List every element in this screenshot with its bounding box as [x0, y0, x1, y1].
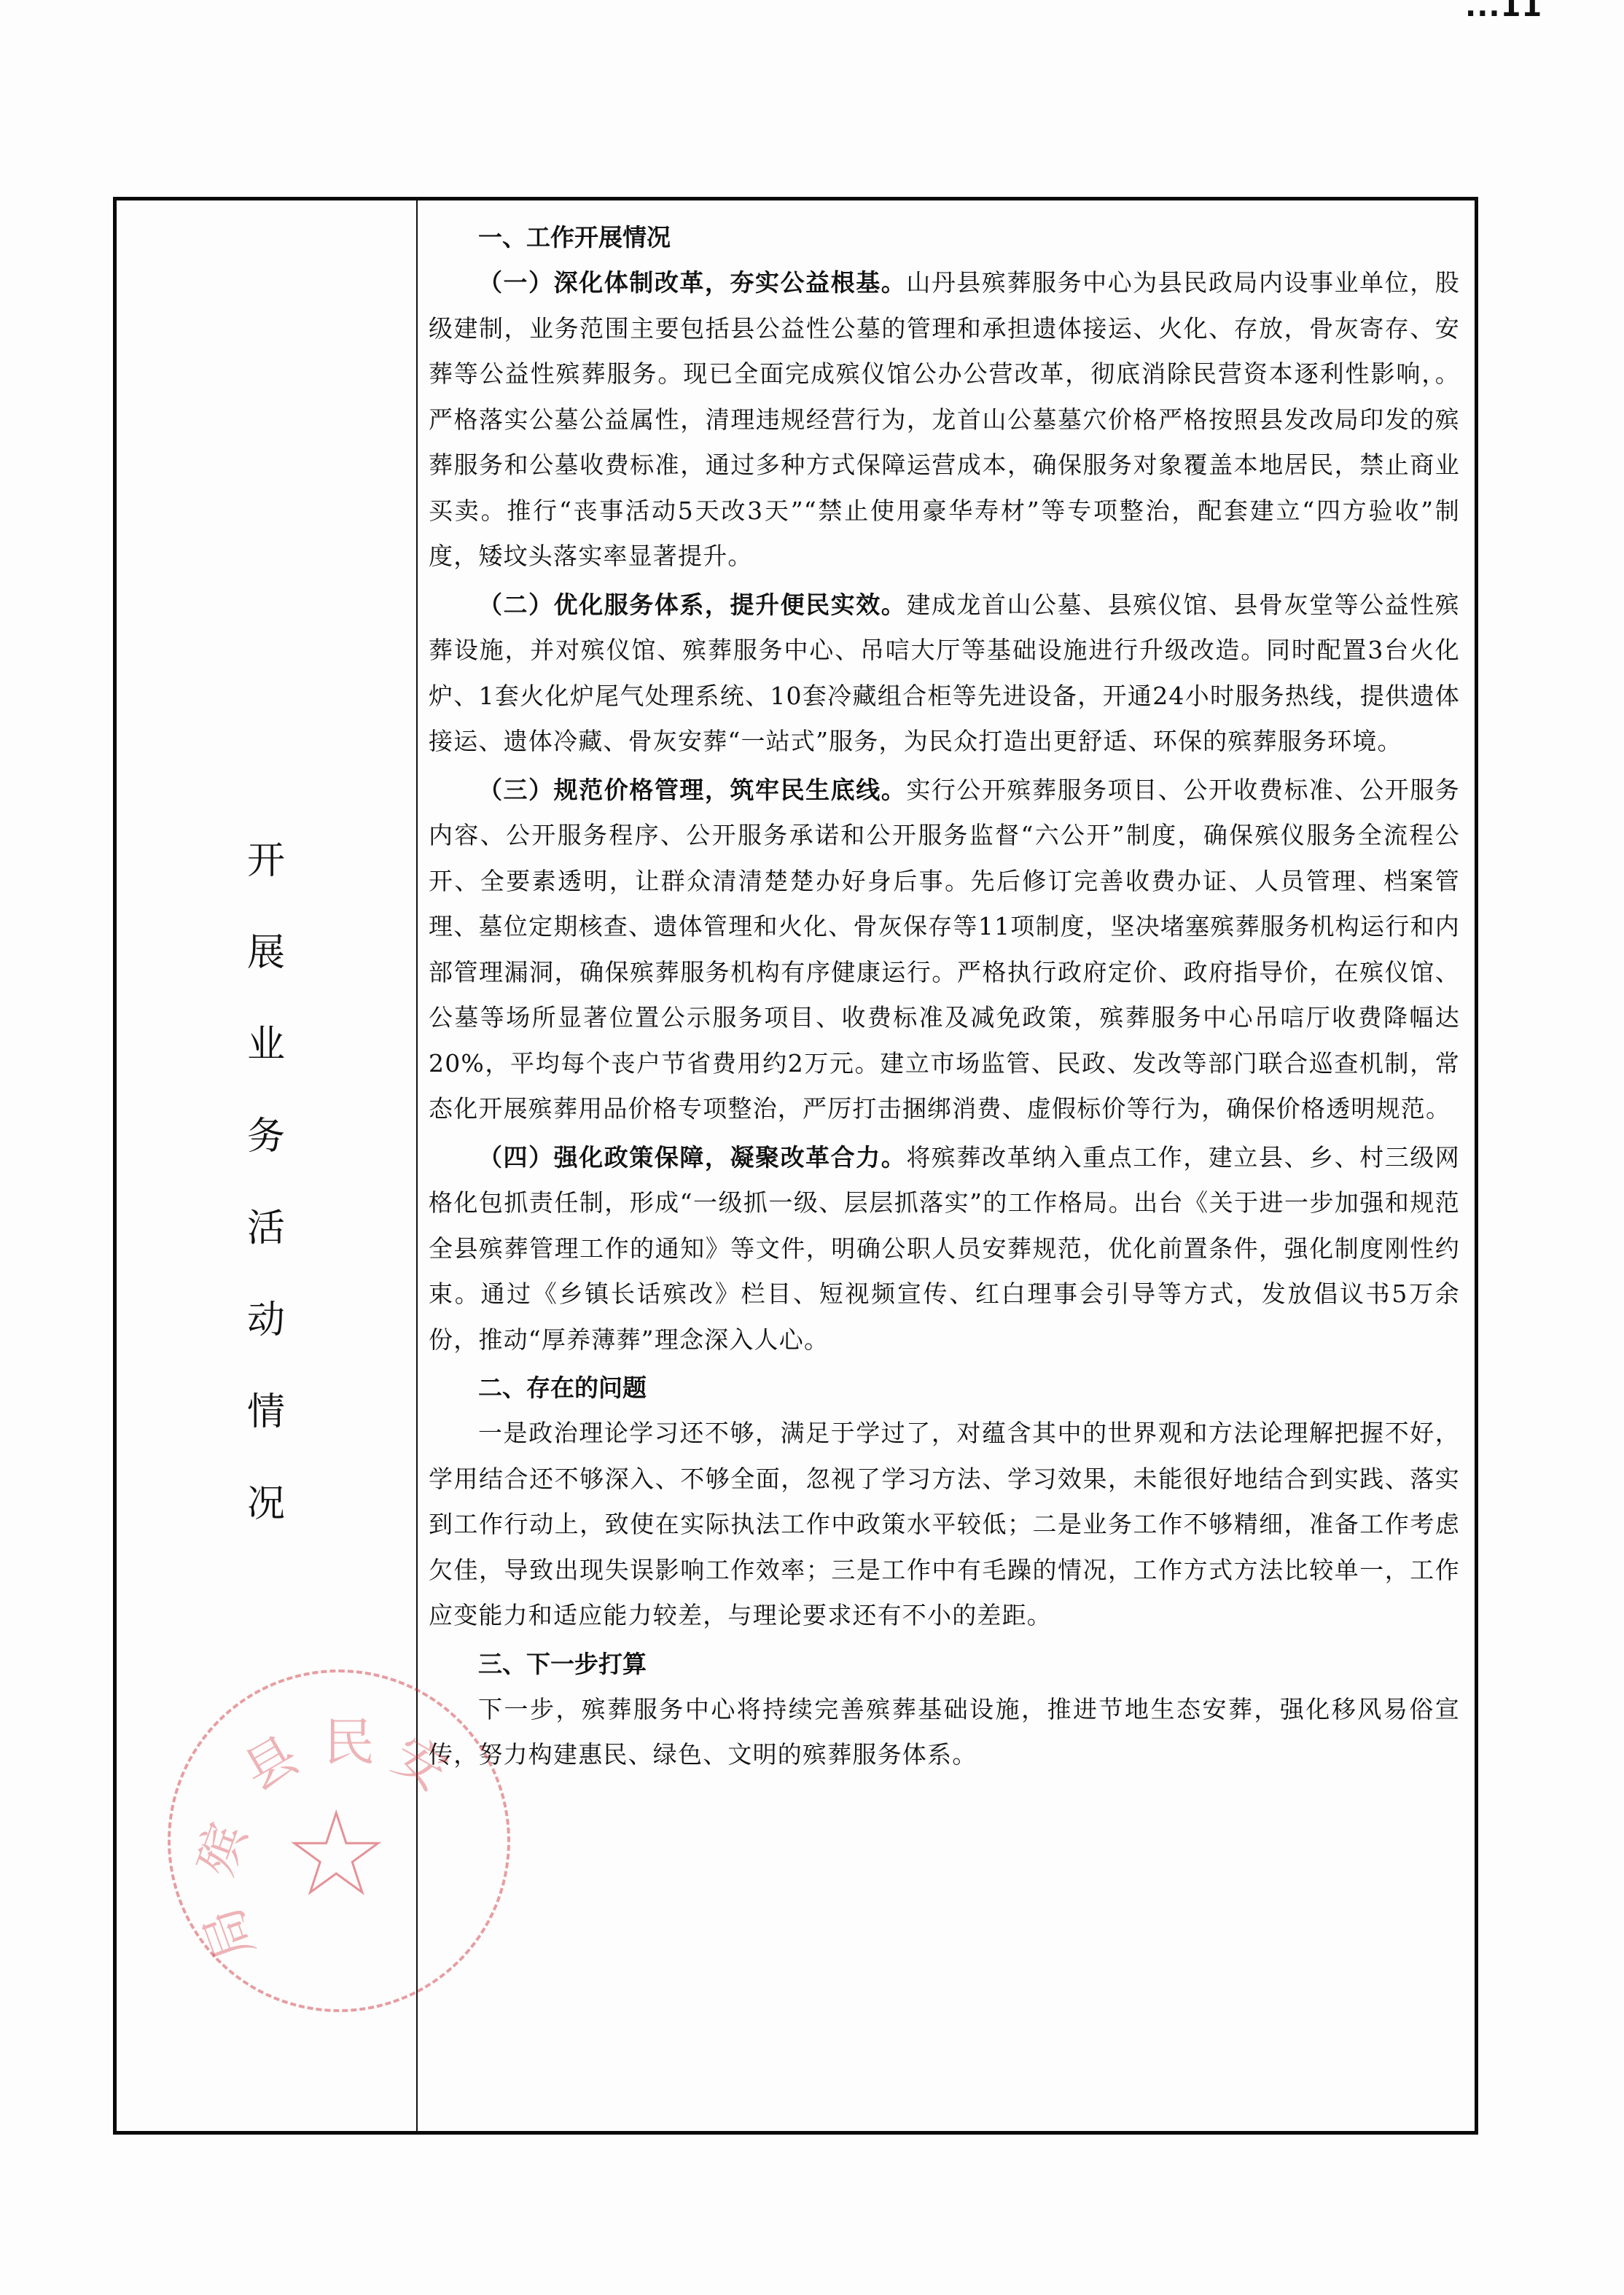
paragraph-service: （二）优化服务体系，提升便民实效。建成龙首山公墓、县殡仪馆、县骨灰堂等公益性殡葬…: [429, 582, 1460, 765]
form-table: 开 展 业 务 活 动 情 况 一、工作开展情况 （一）深化体制改革，夯实公益根…: [113, 197, 1478, 2135]
paragraph-reform: （一）深化体制改革，夯实公益根基。山丹县殡葬服务中心为县民政局内设事业单位，股级…: [429, 260, 1460, 580]
row-label-char: 况: [247, 1485, 285, 1523]
section-heading-problems: 二、存在的问题: [429, 1365, 1460, 1411]
paragraph-next-steps: 下一步，殡葬服务中心将持续完善殡葬基础设施，推进节地生态安葬，强化移风易俗宣传，…: [429, 1687, 1460, 1778]
paragraph-policy: （四）强化政策保障，凝聚改革合力。将殡葬改革纳入重点工作，建立县、乡、村三级网格…: [429, 1135, 1460, 1363]
row-label-char: 务: [247, 1118, 285, 1156]
row-label-vertical: 开 展 业 务 活 动 情 况: [226, 842, 306, 1577]
paragraph-text: 下一步，殡葬服务中心将持续完善殡葬基础设施，推进节地生态安葬，强化移风易俗宣传，…: [429, 1695, 1460, 1769]
row-label-char: 展: [247, 934, 285, 972]
row-label-char: 情: [247, 1393, 285, 1431]
section-heading-work: 一、工作开展情况: [429, 215, 1460, 260]
row-label-cell: 开 展 业 务 活 动 情 况: [117, 200, 416, 2131]
row-label-char: 活: [247, 1209, 285, 1247]
section-heading-next-steps: 三、下一步打算: [429, 1642, 1460, 1687]
column-divider: [416, 200, 418, 2131]
row-label-char: 开: [247, 842, 285, 880]
paragraph-pricing: （三）规范价格管理，筑牢民生底线。实行公开殡葬服务项目、公开收费标准、公开服务内…: [429, 768, 1460, 1132]
paragraph-text: 山丹县殡葬服务中心为县民政局内设事业单位，股级建制，业务范围主要包括县公益性公墓…: [429, 268, 1460, 570]
paragraph-text: 实行公开殡葬服务项目、公开收费标准、公开服务内容、公开服务程序、公开服务承诺和公…: [429, 776, 1460, 1123]
paragraph-lead: （二）优化服务体系，提升便民实效。: [478, 591, 906, 619]
paragraph-text: 将殡葬改革纳入重点工作，建立县、乡、村三级网格化包抓责任制，形成“一级抓一级、层…: [429, 1143, 1460, 1354]
content-cell: 一、工作开展情况 （一）深化体制改革，夯实公益根基。山丹县殡葬服务中心为县民政局…: [429, 215, 1460, 1781]
row-label-char: 动: [247, 1301, 285, 1339]
paragraph-lead: （三）规范价格管理，筑牢民生底线。: [478, 776, 906, 804]
page-corner-mark: ...11: [1465, 0, 1542, 23]
paragraph-lead: （四）强化政策保障，凝聚改革合力。: [478, 1143, 906, 1172]
paragraph-problems: 一是政治理论学习还不够，满足于学过了，对蕴含其中的世界观和方法论理解把握不好，学…: [429, 1411, 1460, 1639]
paragraph-lead: （一）深化体制改革，夯实公益根基。: [478, 268, 906, 297]
row-label-char: 业: [247, 1026, 285, 1064]
paragraph-text: 一是政治理论学习还不够，满足于学过了，对蕴含其中的世界观和方法论理解把握不好，学…: [429, 1419, 1460, 1629]
